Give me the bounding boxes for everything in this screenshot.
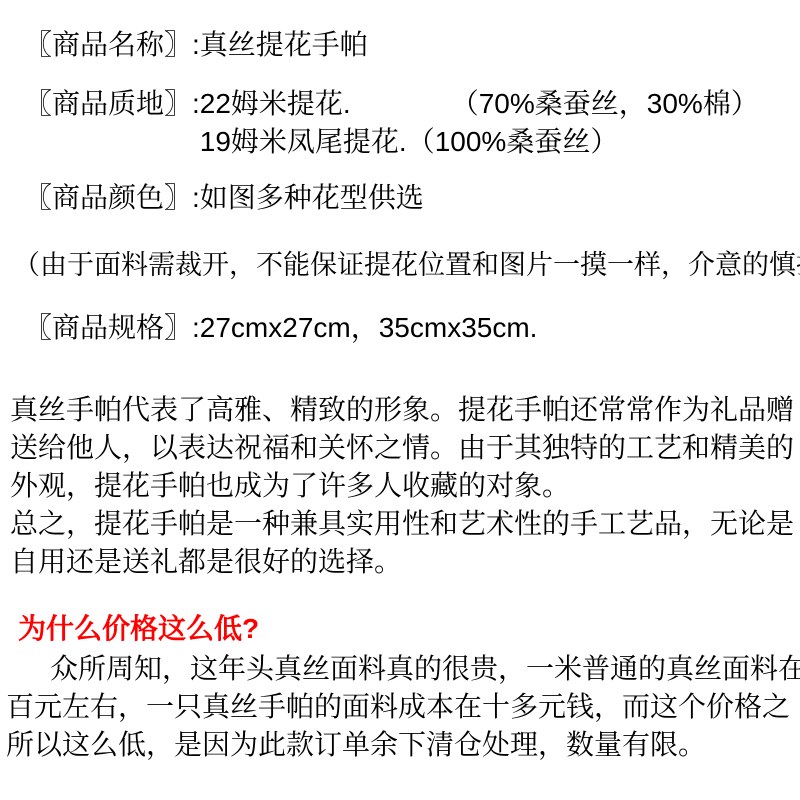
- spec-value-material: 22姆米提花.（70%桑蚕丝，30%棉） 19姆米凤尾提花.（100%桑蚕丝）: [200, 85, 759, 161]
- spec-value-product-name: 真丝提花手帕: [200, 26, 368, 64]
- spec-label-size: 〖商品规格〗:: [24, 309, 200, 347]
- spec-value-color: 如图多种花型供选: [200, 179, 424, 217]
- description-line: 总之，提花手帕是一种兼具实用性和艺术性的手工艺品，无论是: [10, 505, 794, 543]
- price-explanation-line: 所以这么低，是因为此款订单余下清仓处理，数量有限。: [6, 726, 800, 764]
- description-line: 真丝手帕代表了高雅、精致的形象。提花手帕还常常作为礼品赠: [10, 391, 794, 429]
- material-line1-right: （70%桑蚕丝，30%棉）: [451, 88, 759, 119]
- price-explanation-line: 百元左右，一只真丝手帕的面料成本在十多元钱，而这个价格之: [6, 688, 800, 726]
- material-line-1: 22姆米提花.（70%桑蚕丝，30%棉）: [200, 85, 759, 123]
- material-line1-left: 22姆米提花.: [200, 88, 351, 119]
- spec-row-material: 〖商品质地〗: 22姆米提花.（70%桑蚕丝，30%棉） 19姆米凤尾提花.（1…: [24, 85, 759, 161]
- spec-label-product-name: 〖商品名称〗:: [24, 26, 200, 64]
- product-description-paragraph: 真丝手帕代表了高雅、精致的形象。提花手帕还常常作为礼品赠 送给他人，以表达祝福和…: [10, 391, 794, 581]
- description-line: 送给他人，以表达祝福和关怀之情。由于其独特的工艺和精美的: [10, 429, 794, 467]
- spec-label-color: 〖商品颜色〗:: [24, 179, 200, 217]
- description-line: 外观，提花手帕也成为了许多人收藏的对象。: [10, 467, 794, 505]
- spec-row-product-name: 〖商品名称〗:真丝提花手帕: [24, 26, 368, 64]
- price-explanation-line: 众所周知，这年头真丝面料真的很贵，一米普通的真丝面料在: [6, 650, 800, 688]
- material-line-2: 19姆米凤尾提花.（100%桑蚕丝）: [200, 123, 759, 161]
- spec-row-color: 〖商品颜色〗:如图多种花型供选: [24, 179, 424, 217]
- description-line: 自用还是送礼都是很好的选择。: [10, 543, 794, 581]
- spec-label-material: 〖商品质地〗:: [24, 85, 200, 123]
- spec-value-size: 27cmx27cm，35cmx35cm.: [200, 309, 538, 347]
- cutting-disclaimer-note: （由于面料需裁开，不能保证提花位置和图片一摸一样，介意的慎拍）: [13, 246, 800, 284]
- spec-row-size: 〖商品规格〗:27cmx27cm，35cmx35cm.: [24, 309, 537, 347]
- product-description-page: 〖商品名称〗:真丝提花手帕 〖商品质地〗: 22姆米提花.（70%桑蚕丝，30%…: [0, 0, 800, 800]
- price-explanation-paragraph: 众所周知，这年头真丝面料真的很贵，一米普通的真丝面料在 百元左右，一只真丝手帕的…: [6, 650, 800, 764]
- price-question-heading: 为什么价格这么低?: [18, 611, 259, 647]
